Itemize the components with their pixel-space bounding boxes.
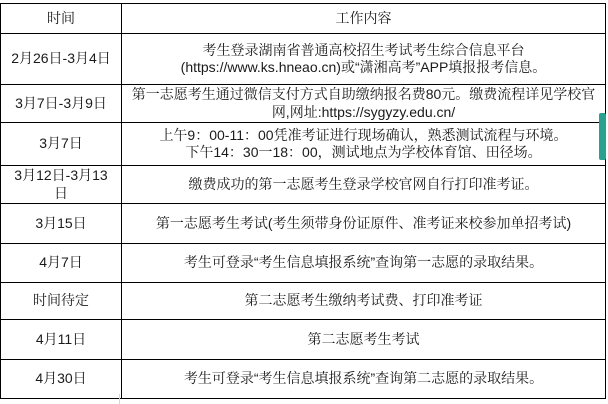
- table-row: 时间待定 第二志愿考生缴纳考试费、打印准考证: [1, 283, 606, 320]
- table-row: 4月7日 考生可登录“考生信息填报系统”查询第一志愿的录取结果。: [1, 244, 606, 283]
- cell-content: 第一志愿考生通过微信支付方式自助缴纳报名费80元。缴费流程详见学校官网,网址:h…: [122, 85, 606, 123]
- header-row: 时间 工作内容: [1, 4, 606, 34]
- cell-time: 4月11日: [1, 320, 122, 360]
- cell-content: 缴费成功的第一志愿考生登录学校官网自行打印准考证。: [122, 166, 606, 204]
- cell-time: 4月30日: [1, 360, 122, 399]
- cell-content: 第二志愿考生缴纳考试费、打印准考证: [122, 283, 606, 320]
- scrollbar-thumb[interactable]: [599, 113, 606, 160]
- cell-time: 时间待定: [1, 283, 122, 320]
- cell-time: 4月7日: [1, 244, 122, 283]
- page: 时间 工作内容 2月26日-3月4日 考生登录湖南省普通高校招生考试考生综合信息…: [0, 0, 608, 404]
- table-row: 3月7日 上午9：00-11：00凭准考证进行现场确认，熟悉测试流程与环境。 下…: [1, 123, 606, 166]
- cell-time: 3月12日-3月13日: [1, 166, 122, 204]
- table-row: 3月7日-3月9日 第一志愿考生通过微信支付方式自助缴纳报名费80元。缴费流程详…: [1, 85, 606, 123]
- column-divider-artifact: [119, 394, 120, 404]
- schedule-table: 时间 工作内容 2月26日-3月4日 考生登录湖南省普通高校招生考试考生综合信息…: [0, 3, 606, 399]
- table-row: 3月15日 第一志愿考生考试(考生须带身份证原件、准考证来校参加单招考试): [1, 204, 606, 244]
- header-cell-time: 时间: [1, 4, 122, 34]
- cell-time: 3月7日-3月9日: [1, 85, 122, 123]
- cell-content: 第一志愿考生考试(考生须带身份证原件、准考证来校参加单招考试): [122, 204, 606, 244]
- cell-content: 考生可登录“考生信息填报系统”查询第二志愿的录取结果。: [122, 360, 606, 399]
- cell-content: 第二志愿考生考试: [122, 320, 606, 360]
- cell-time: 3月15日: [1, 204, 122, 244]
- cell-content: 上午9：00-11：00凭准考证进行现场确认，熟悉测试流程与环境。 下午14：3…: [122, 123, 606, 166]
- cell-time: 3月7日: [1, 123, 122, 166]
- header-cell-content: 工作内容: [122, 4, 606, 34]
- table-row: 2月26日-3月4日 考生登录湖南省普通高校招生考试考生综合信息平台(https…: [1, 34, 606, 85]
- cell-content: 考生可登录“考生信息填报系统”查询第一志愿的录取结果。: [122, 244, 606, 283]
- table-row: 4月30日 考生可登录“考生信息填报系统”查询第二志愿的录取结果。: [1, 360, 606, 399]
- table-row: 3月12日-3月13日 缴费成功的第一志愿考生登录学校官网自行打印准考证。: [1, 166, 606, 204]
- cell-time: 2月26日-3月4日: [1, 34, 122, 85]
- cell-content: 考生登录湖南省普通高校招生考试考生综合信息平台(https://www.ks.h…: [122, 34, 606, 85]
- table-row: 4月11日 第二志愿考生考试: [1, 320, 606, 360]
